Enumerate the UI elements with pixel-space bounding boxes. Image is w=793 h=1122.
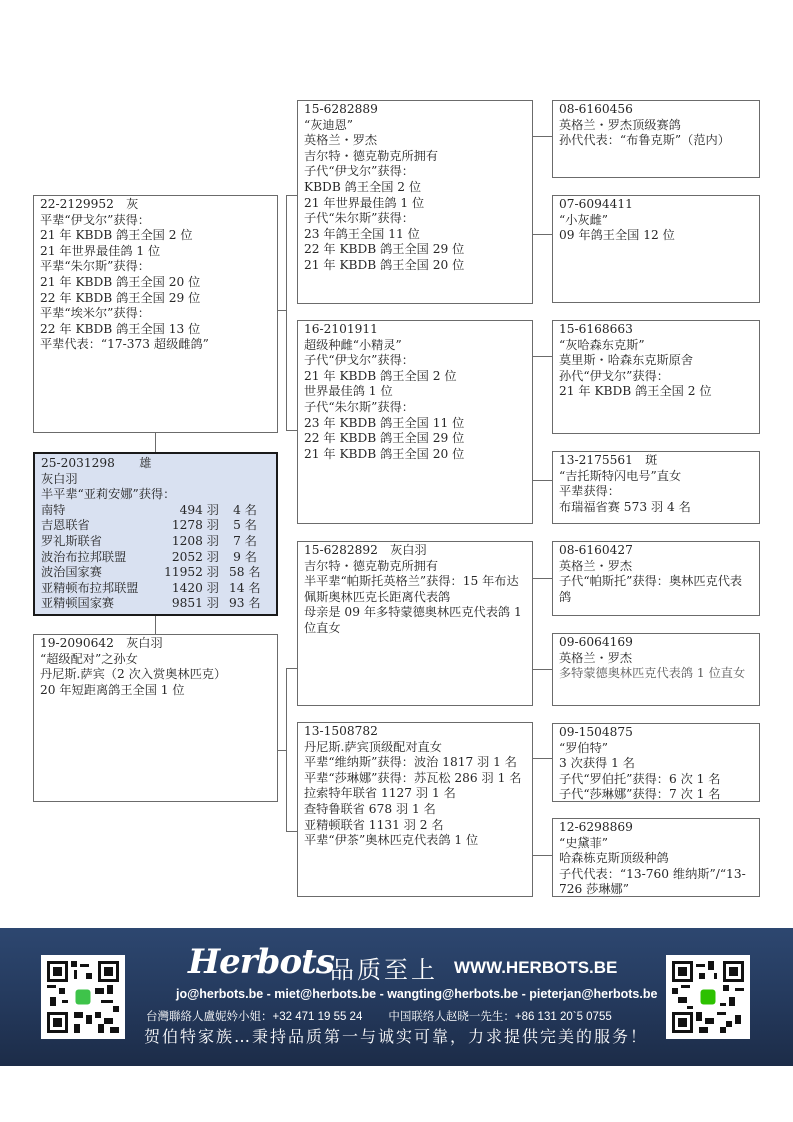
info-line: 子代“伊戈尔”获得：: [304, 353, 526, 369]
qr-code-icon: [47, 961, 119, 1033]
info-line: 丹尼斯.萨宾顶级配对直女: [304, 740, 526, 756]
connector: [155, 616, 156, 634]
info-line: 21 年 KBDB 鸽王全国 2 位: [304, 369, 526, 385]
info-line: 英格兰・罗杰: [559, 651, 753, 667]
qr-code-icon: [672, 961, 744, 1033]
info-line: 09 年鸽王全国 12 位: [559, 228, 753, 244]
info-line: 英格兰・罗杰: [559, 559, 753, 575]
ring-line: 15-6282892 灰白羽: [304, 543, 526, 559]
info-line: “史黛菲”: [559, 836, 753, 852]
info-line: 21 年 KBDB 鸽王全国 20 位: [304, 447, 526, 463]
race: 亚精顿国家赛: [41, 596, 159, 612]
ring-line: 09-6064169: [559, 635, 753, 651]
dam-dam-card: 13-1508782 丹尼斯.萨宾顶级配对直女 平辈“维纳斯”获得：波治 181…: [297, 722, 533, 897]
connector: [286, 195, 287, 430]
info-line: 21 年世界最佳鸽 1 位: [304, 196, 526, 212]
ss-dam-card: 07-6094411 “小灰雌” 09 年鸽王全国 12 位: [552, 195, 760, 303]
info-line: 英格兰・罗杰: [304, 133, 526, 149]
info-line: 子代“罗伯托”获得：6 次 1 名: [559, 772, 753, 788]
info-line: 孙代代表：“布鲁克斯”（范内）: [559, 133, 753, 149]
info-line: 平辈“莎琳娜”获得：苏瓦松 286 羽 1 名: [304, 771, 526, 787]
subject-color: 灰白羽: [41, 472, 270, 488]
result-row: 亚精顿国家赛9851 羽93 名: [41, 596, 270, 612]
info-line: 子代代表：“13-760 维纳斯”/“13-726 莎琳娜”: [559, 867, 753, 898]
info-line: 孙代“伊戈尔”获得：: [559, 369, 753, 385]
info-line: 平辈“维纳斯”获得：波治 1817 羽 1 名: [304, 755, 526, 771]
ring-line: 08-6160427: [559, 543, 753, 559]
race: 吉恩联省: [41, 518, 159, 534]
info-line: 21 年 KBDB 鸽王全国 2 位: [40, 228, 271, 244]
info-line: 平辈“伊茶”奥林匹克代表鸽 1 位: [304, 833, 526, 849]
wechat-icon: [701, 990, 716, 1005]
info-line: 21 年 KBDB 鸽王全国 2 位: [559, 384, 753, 400]
info-line: 平辈“朱尔斯”获得：: [40, 259, 271, 275]
race: 亚精顿布拉邦联盟: [41, 581, 159, 597]
dd-dam-card: 12-6298869 “史黛菲” 哈森栋克斯顶级种鸽 子代代表：“13-760 …: [552, 818, 760, 897]
birds: 1208 羽: [159, 534, 219, 550]
race: 南特: [41, 503, 159, 519]
info-line: “罗伯特”: [559, 741, 753, 757]
info-line: 22 年 KBDB 鸽王全国 29 位: [304, 431, 526, 447]
ring-number: 25-2031298: [41, 456, 115, 470]
info-line: 多特蒙德奥林匹克代表鸽 1 位直女: [559, 666, 753, 682]
sd-dam-card: 13-2175561 斑 “吉托斯特闪电号”直女 平辈获得： 布瑞福省赛 573…: [552, 451, 760, 524]
ring-line: 12-6298869: [559, 820, 753, 836]
info-line: 亚精顿联省 1131 羽 2 名: [304, 818, 526, 834]
place: 7 名: [229, 534, 257, 550]
ring-line: 19-2090642 灰白羽: [40, 636, 271, 652]
race: 波治国家赛: [41, 565, 159, 581]
tagline: 贺伯特家族…秉持品质第一与诚实可靠，力求提供完美的服务！: [144, 1024, 648, 1047]
email-list[interactable]: jo@herbots.be - miet@herbots.be - wangti…: [176, 987, 657, 1001]
info-line: 平辈获得：: [559, 484, 753, 500]
info-line: 子代“帕斯托”获得：奥林匹克代表鸽: [559, 574, 753, 605]
ring-line: 16-2101911: [304, 322, 526, 338]
website-link[interactable]: WWW.HERBOTS.BE: [454, 958, 617, 978]
place: 5 名: [229, 518, 257, 534]
connector: [533, 480, 552, 481]
connector: [278, 750, 286, 751]
connector: [286, 430, 297, 431]
info-line: 丹尼斯.萨宾（2 次入赏奥林匹克）: [40, 667, 271, 683]
ring-line: 13-2175561 斑: [559, 453, 753, 469]
connector: [533, 855, 552, 856]
info-line: 查特鲁联省 678 羽 1 名: [304, 802, 526, 818]
place: 93 名: [229, 596, 257, 612]
ring-line: 09-1504875: [559, 725, 753, 741]
info-line: 布瑞福省赛 573 羽 4 名: [559, 500, 753, 516]
subject-pigeon-card: 25-2031298 雄 灰白羽 半平辈“亚莉安娜”获得： 南特494 羽4 名…: [33, 452, 278, 616]
connector: [533, 758, 552, 759]
info-line: 23 年 KBDB 鸽王全国 11 位: [304, 416, 526, 432]
result-row: 亚精顿布拉邦联盟1420 羽14 名: [41, 581, 270, 597]
connector: [533, 578, 552, 579]
birds: 11952 羽: [159, 565, 219, 581]
sd-sire-card: 15-6168663 “灰哈森东克斯” 莫里斯・哈森东克斯原舍 孙代“伊戈尔”获…: [552, 320, 760, 434]
result-row: 波治布拉邦联盟2052 羽9 名: [41, 550, 270, 566]
info-line: 21 年 KBDB 鸽王全国 20 位: [304, 258, 526, 274]
contact-china: 中国联络人赵晓一先生：+86 131 20`5 0755: [388, 1011, 611, 1023]
ring-line: 13-1508782: [304, 724, 526, 740]
place: 9 名: [229, 550, 257, 566]
info-line: 子代“朱尔斯”获得：: [304, 211, 526, 227]
info-line: “超级配对”之孙女: [40, 652, 271, 668]
info-line: 世界最佳鸽 1 位: [304, 384, 526, 400]
sire-card: 22-2129952 灰 平辈“伊戈尔”获得： 21 年 KBDB 鸽王全国 2…: [33, 195, 278, 433]
info-line: 子代“伊戈尔”获得：: [304, 164, 526, 180]
qr-code-wechat[interactable]: [666, 955, 750, 1039]
info-line: 吉尔特・德克勒克所拥有: [304, 149, 526, 165]
info-line: 拉索特年联省 1127 羽 1 名: [304, 786, 526, 802]
info-line: 20 年短距离鸽王全国 1 位: [40, 683, 271, 699]
info-line: 22 年 KBDB 鸽王全国 29 位: [304, 242, 526, 258]
info-line: 莫里斯・哈森东克斯原舍: [559, 353, 753, 369]
connector: [155, 433, 156, 452]
dam-card: 19-2090642 灰白羽 “超级配对”之孙女 丹尼斯.萨宾（2 次入赏奥林匹…: [33, 634, 278, 802]
result-row: 波治国家赛11952 羽58 名: [41, 565, 270, 581]
contact-phones: 台灣聯絡人盧妮妗小姐：+32 471 19 55 24中国联络人赵晓一先生：+8…: [146, 1008, 612, 1024]
connector: [533, 136, 552, 137]
birds: 1420 羽: [159, 581, 219, 597]
info-line: 23 年鸽王全国 11 位: [304, 227, 526, 243]
ss-sire-card: 08-6160456 英格兰・罗杰顶级赛鸽 孙代代表：“布鲁克斯”（范内）: [552, 100, 760, 178]
ring-line: 22-2129952 灰: [40, 197, 271, 213]
connector: [278, 310, 286, 311]
info-line: 21 年 KBDB 鸽王全国 20 位: [40, 275, 271, 291]
subject-intro: 半平辈“亚莉安娜”获得：: [41, 487, 270, 503]
info-line: 平辈“埃米尔”获得：: [40, 306, 271, 322]
birds: 494 羽: [159, 503, 219, 519]
info-line: 3 次获得 1 名: [559, 756, 753, 772]
info-line: 英格兰・罗杰顶级赛鸽: [559, 118, 753, 134]
sire-sire-card: 15-6282889 “灰迪恩” 英格兰・罗杰 吉尔特・德克勒克所拥有 子代“伊…: [297, 100, 533, 304]
info-line: 平辈“伊戈尔”获得：: [40, 213, 271, 229]
dd-sire-card: 09-1504875 “罗伯特” 3 次获得 1 名 子代“罗伯托”获得：6 次…: [552, 723, 760, 802]
result-row: 吉恩联省1278 羽5 名: [41, 518, 270, 534]
info-line: 哈森栋克斯顶级种鸽: [559, 851, 753, 867]
subject-ring-line: 25-2031298 雄: [41, 456, 270, 472]
connector: [533, 669, 552, 670]
race: 波治布拉邦联盟: [41, 550, 159, 566]
connector: [533, 234, 552, 235]
info-line: 子代“莎琳娜”获得：7 次 1 名: [559, 787, 753, 803]
sire-dam-card: 16-2101911 超级种雌“小精灵” 子代“伊戈尔”获得： 21 年 KBD…: [297, 320, 533, 524]
info-line: 21 年世界最佳鸽 1 位: [40, 244, 271, 260]
ds-sire-card: 08-6160427 英格兰・罗杰 子代“帕斯托”获得：奥林匹克代表鸽: [552, 541, 760, 616]
info-line: “吉托斯特闪电号”直女: [559, 469, 753, 485]
info-line: 超级种雌“小精灵”: [304, 338, 526, 354]
qr-code-line[interactable]: [41, 955, 125, 1039]
line-icon: [76, 990, 91, 1005]
result-row: 南特494 羽4 名: [41, 503, 270, 519]
info-line: 22 年 KBDB 鸽王全国 29 位: [40, 291, 271, 307]
birds: 2052 羽: [159, 550, 219, 566]
herbots-logo: Herbots: [188, 942, 334, 982]
info-line: KBDB 鸽王全国 2 位: [304, 180, 526, 196]
ring-line: 08-6160456: [559, 102, 753, 118]
birds: 1278 羽: [159, 518, 219, 534]
ring-line: 15-6168663: [559, 322, 753, 338]
info-line: “灰迪恩”: [304, 118, 526, 134]
birds: 9851 羽: [159, 596, 219, 612]
info-line: 22 年 KBDB 鸽王全国 13 位: [40, 322, 271, 338]
connector: [286, 831, 297, 832]
info-line: 子代“朱尔斯”获得：: [304, 400, 526, 416]
info-line: 吉尔特・德克勒克所拥有: [304, 559, 526, 575]
info-line: 母亲是 09 年多特蒙德奥林匹克代表鸽 1 位直女: [304, 605, 526, 636]
race: 罗礼斯联省: [41, 534, 159, 550]
place: 14 名: [229, 581, 257, 597]
contact-taiwan: 台灣聯絡人盧妮妗小姐：+32 471 19 55 24: [146, 1011, 362, 1023]
ring-line: 15-6282889: [304, 102, 526, 118]
ring-line: 07-6094411: [559, 197, 753, 213]
ds-dam-card: 09-6064169 英格兰・罗杰 多特蒙德奥林匹克代表鸽 1 位直女: [552, 633, 760, 706]
slogan: 品质至上: [330, 950, 438, 985]
place: 4 名: [229, 503, 257, 519]
info-line: “小灰雌”: [559, 213, 753, 229]
info-line: “灰哈森东克斯”: [559, 338, 753, 354]
info-line: 半平辈“帕斯托英格兰”获得：15 年布达佩斯奥林匹克长距离代表鸽: [304, 574, 526, 605]
connector: [533, 356, 552, 357]
connector: [286, 668, 297, 669]
sex: 雄: [139, 456, 151, 470]
info-line: 平辈代表：“17-373 超级雌鸽”: [40, 337, 271, 353]
dam-sire-card: 15-6282892 灰白羽 吉尔特・德克勒克所拥有 半平辈“帕斯托英格兰”获得…: [297, 541, 533, 706]
result-row: 罗礼斯联省1208 羽7 名: [41, 534, 270, 550]
connector: [286, 195, 297, 196]
connector: [286, 668, 287, 831]
place: 58 名: [229, 565, 257, 581]
footer-banner: Herbots 品质至上 WWW.HERBOTS.BE jo@herbots.b…: [0, 928, 793, 1066]
